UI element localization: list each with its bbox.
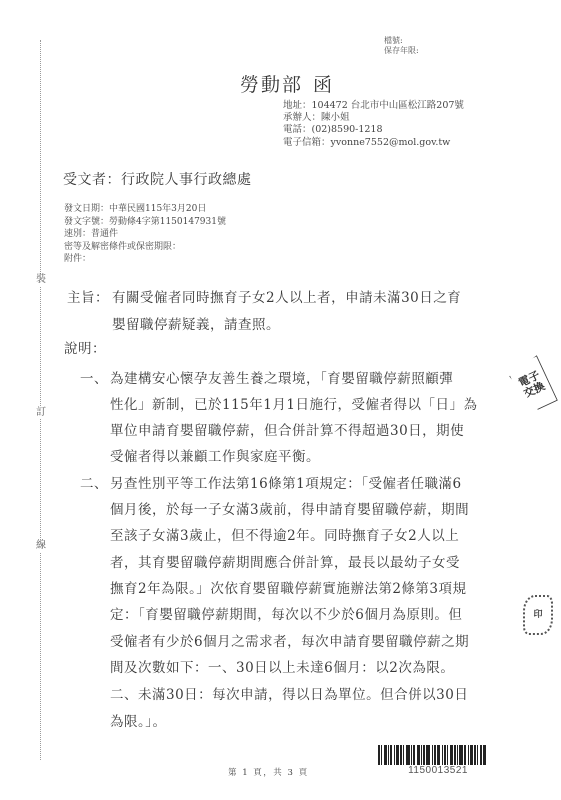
item-marker-1: 一、	[80, 367, 108, 387]
barcode	[378, 745, 496, 765]
item-1-line: 為建構安心懷孕友善生養之環境，「育嬰留職停薪照顧彈	[110, 367, 453, 387]
item-2-line: 個月後，於每一子女滿3歲前，得申請育嬰留職停薪，期間	[110, 498, 469, 518]
subject-line: 嬰留職停薪疑義，請查照。	[112, 313, 280, 333]
barcode-number: 1150013521	[380, 765, 496, 776]
phone: 電話：(02)8590-1218	[283, 124, 464, 136]
item-1-line: 單位申請育嬰留職停薪，但合併計算不得超過30日，期使	[110, 419, 464, 439]
agency-name: 勞動部	[240, 74, 303, 96]
document-number: 發文字號：勞動條4字第1150147931號	[64, 216, 226, 229]
item-2-line: 另查性別平等工作法第16條第1項規定：「受僱者任職滿6	[110, 472, 462, 492]
sender-contact-block: 地址：104472 台北市中山區松江路207號 承辦人：陳小姐 電話：(02)8…	[283, 100, 464, 149]
binding-dotted-line	[40, 40, 41, 760]
speed-category: 速別：普通件	[64, 228, 226, 241]
item-2-line: 撫育2年為限。」次依育嬰留職停薪實施辦法第2條第3項規	[110, 577, 467, 597]
document-meta: 發文日期：中華民國115年3月20日 發文字號：勞動條4字第1150147931…	[64, 203, 226, 266]
explanation-label: 說明：	[64, 337, 106, 357]
subject-line: 有關受僱者同時撫育子女2人以上者，申請未滿30日之育	[112, 286, 461, 306]
item-1-line: 受僱者得以兼顧工作與家庭平衡。	[110, 445, 320, 465]
item-2-line: 者，其育嬰留職停薪期間應合併計算，最長以最幼子女受	[110, 551, 460, 571]
retention-period-label: 保存年限:	[384, 46, 419, 56]
document-type: 函	[313, 74, 334, 96]
filing-info: 檔號: 保存年限:	[384, 36, 419, 56]
item-2-line: 二、未滿30日：每次申請，得以日為單位。但合併以30日	[110, 683, 468, 703]
subject-label: 主旨：	[67, 286, 109, 306]
page-indicator: 第 1 頁，共 3 頁	[228, 766, 309, 778]
binding-char-xian: 線	[34, 540, 48, 552]
attachments: 附件：	[64, 253, 226, 266]
document-title: 勞動部函	[240, 70, 334, 97]
address: 地址：104472 台北市中山區松江路207號	[283, 100, 464, 112]
binding-char-ding: 訂	[34, 407, 48, 419]
recipient: 受文者：行政院人事行政總處	[63, 169, 252, 189]
electronic-exchange-stamp: 電子交換	[506, 355, 558, 415]
item-2-line: 受僱者有少於6個月之需求者，每次申請育嬰留職停薪之期	[110, 630, 469, 650]
item-1-line: 性化」新制，已於115年1月1日施行，受僱者得以「日」為	[110, 393, 477, 413]
file-number-label: 檔號:	[384, 36, 419, 46]
item-2-line: 為限。」。	[110, 710, 167, 730]
item-2-line: 間及次數如下：一、30日以上未達6個月：以2次為限。	[110, 656, 454, 676]
item-2-line: 至該子女滿3歲止，但不得逾2年。同時撫育子女2人以上	[110, 524, 459, 544]
email: 電子信箱：yvonne7552@mol.gov.tw	[283, 137, 464, 149]
binding-char-zhuang: 裝	[34, 274, 48, 286]
classification: 密等及解密條件或保密期限：	[64, 241, 226, 254]
seal-stamp: 印	[523, 595, 553, 635]
item-marker-2: 二、	[80, 472, 108, 492]
issue-date: 發文日期：中華民國115年3月20日	[64, 203, 226, 216]
handler: 承辦人：陳小姐	[283, 112, 464, 124]
item-2-line: 定：「育嬰留職停薪期間，每次以不少於6個月為原則。但	[110, 603, 462, 623]
